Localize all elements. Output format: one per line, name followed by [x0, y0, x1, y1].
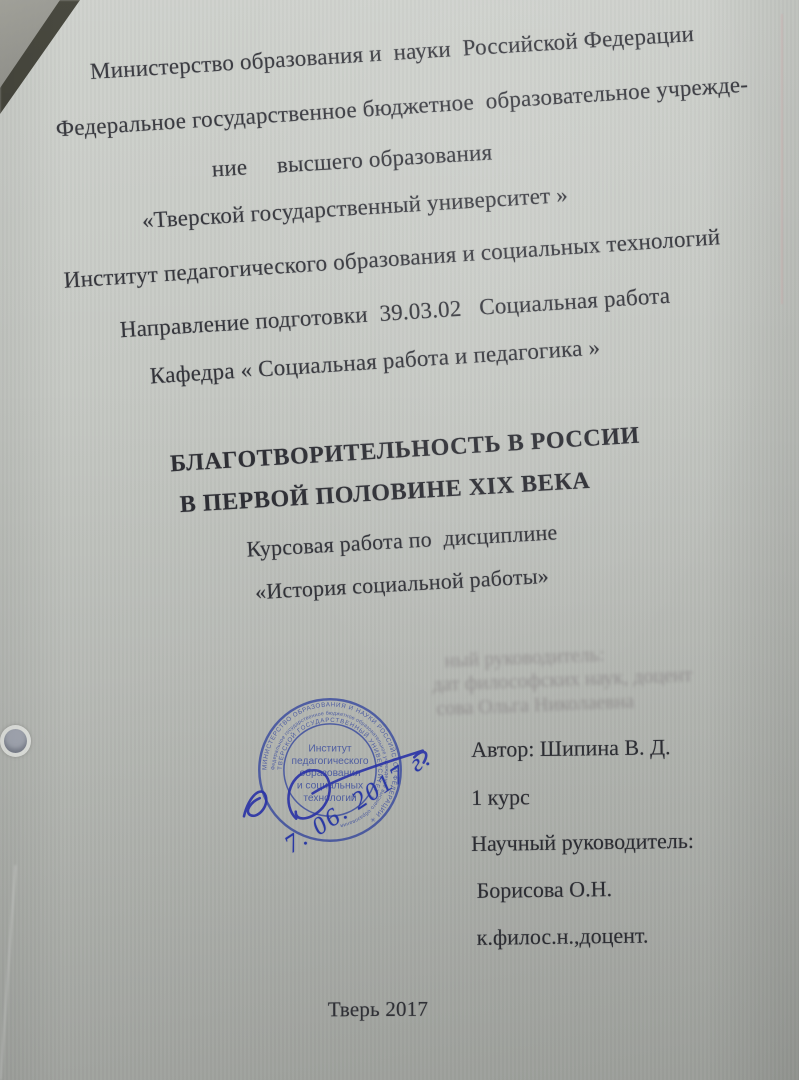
work-type-line: Курсовая работа по дисциплине	[246, 519, 558, 562]
work-title-line-2: В ПЕРВОЙ ПОЛОВИНЕ XIX ВЕКА	[179, 468, 591, 519]
institution-line-1: Федеральное государственное бюджетное об…	[55, 72, 749, 143]
supervisor-label-line: Научный руководитель:	[471, 828, 694, 857]
discipline-line: «История социальной работы»	[254, 563, 549, 605]
course-year-line: 1 курс	[471, 784, 530, 811]
punched-hole	[0, 725, 31, 757]
ministry-line: Министерство образования и науки Российс…	[89, 21, 694, 85]
paper-crease-right	[781, 14, 783, 304]
supervisor-degree-line: к.филос.н.,доцент.	[471, 923, 649, 951]
author-line: Автор: Шипина В. Д.	[471, 734, 671, 763]
department-line: Кафедра « Социальная работа и педагогика…	[149, 334, 601, 389]
supervisor-name-line: Борисова О.Н.	[471, 876, 612, 904]
city-year-line: Тверь 2017	[328, 997, 428, 1023]
institute-line: Институт педагогического образования и с…	[63, 224, 721, 294]
document-photo: Министерство образования и науки Российс…	[0, 0, 799, 1080]
university-name-line: «Тверской государственный университет »	[141, 182, 568, 234]
paper-crease-left	[0, 865, 16, 1080]
institution-line-2: ние высшего образования	[211, 139, 493, 182]
